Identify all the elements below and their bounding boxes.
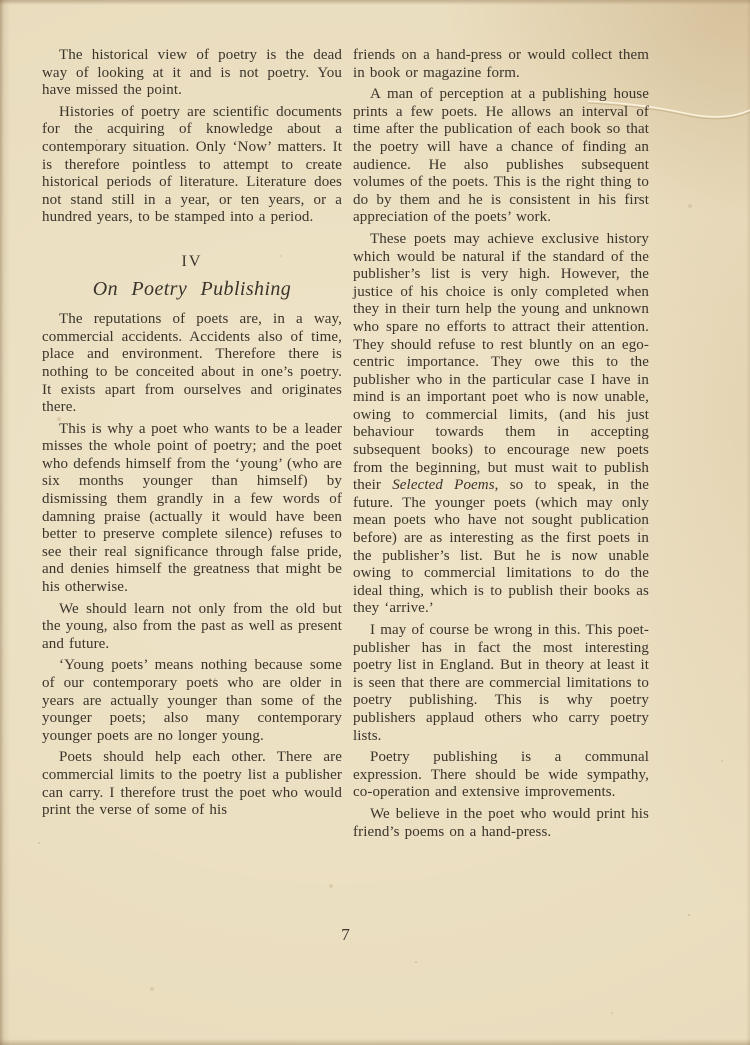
paragraph: I may of course be wrong in this. This p… bbox=[353, 622, 649, 745]
text-run: I may of course be wrong in this. This p… bbox=[353, 622, 649, 744]
text-run: This is why a poet who wants to be a lea… bbox=[42, 421, 342, 595]
right-paragraphs: friends on a hand-press or would collect… bbox=[353, 47, 649, 841]
text-run: Poets should help each other. There are … bbox=[42, 749, 342, 818]
text-run: Poetry publishing is a communal expressi… bbox=[353, 749, 649, 800]
paragraph: We should learn not only from the old bu… bbox=[42, 601, 342, 654]
book-page: The historical view of poetry is the dea… bbox=[0, 0, 750, 1045]
italic-text: Selected Poems bbox=[392, 477, 494, 493]
text-run: A man of perception at a publishing hous… bbox=[353, 86, 649, 225]
text-run: We believe in the poet who would print h… bbox=[353, 806, 649, 840]
text-run: The historical view of poetry is the dea… bbox=[42, 47, 342, 98]
section-title: On Poetry Publishing bbox=[42, 281, 342, 299]
text-run: Histories of poetry are scientific docum… bbox=[42, 104, 342, 226]
section-paragraphs: The reputations of poets are, in a way, … bbox=[42, 311, 342, 820]
paragraph: ‘Young poets’ means nothing because some… bbox=[42, 657, 342, 745]
paragraph: This is why a poet who wants to be a lea… bbox=[42, 421, 342, 597]
left-text-column: The historical view of poetry is the dea… bbox=[42, 47, 342, 824]
paragraph: A man of perception at a publishing hous… bbox=[353, 86, 649, 227]
text-run: friends on a hand-press or would collect… bbox=[353, 47, 649, 81]
text-run: , so to speak, in the future. The younge… bbox=[353, 477, 649, 616]
paragraph: The reputations of poets are, in a way, … bbox=[42, 311, 342, 417]
right-text-column: friends on a hand-press or would collect… bbox=[353, 47, 649, 845]
paragraph: These poets may achieve exclusive histor… bbox=[353, 231, 649, 618]
text-run: These poets may achieve exclusive histor… bbox=[353, 231, 649, 493]
text-run: ‘Young poets’ means nothing because some… bbox=[42, 657, 342, 743]
section-numeral: IV bbox=[42, 253, 342, 271]
paragraph: We believe in the poet who would print h… bbox=[353, 806, 649, 841]
paragraph: The historical view of poetry is the dea… bbox=[42, 47, 342, 100]
intro-paragraphs: The historical view of poetry is the dea… bbox=[42, 47, 342, 227]
paper-specks bbox=[0, 0, 2, 2]
section-heading: IV On Poetry Publishing bbox=[42, 253, 342, 298]
paragraph: Poetry publishing is a communal expressi… bbox=[353, 749, 649, 802]
text-run: The reputations of poets are, in a way, … bbox=[42, 311, 342, 415]
text-run: We should learn not only from the old bu… bbox=[42, 601, 342, 652]
paragraph: Poets should help each other. There are … bbox=[42, 749, 342, 819]
paragraph: Histories of poetry are scientific docum… bbox=[42, 104, 342, 227]
page-number: 7 bbox=[42, 925, 649, 945]
paragraph: friends on a hand-press or would collect… bbox=[353, 47, 649, 82]
